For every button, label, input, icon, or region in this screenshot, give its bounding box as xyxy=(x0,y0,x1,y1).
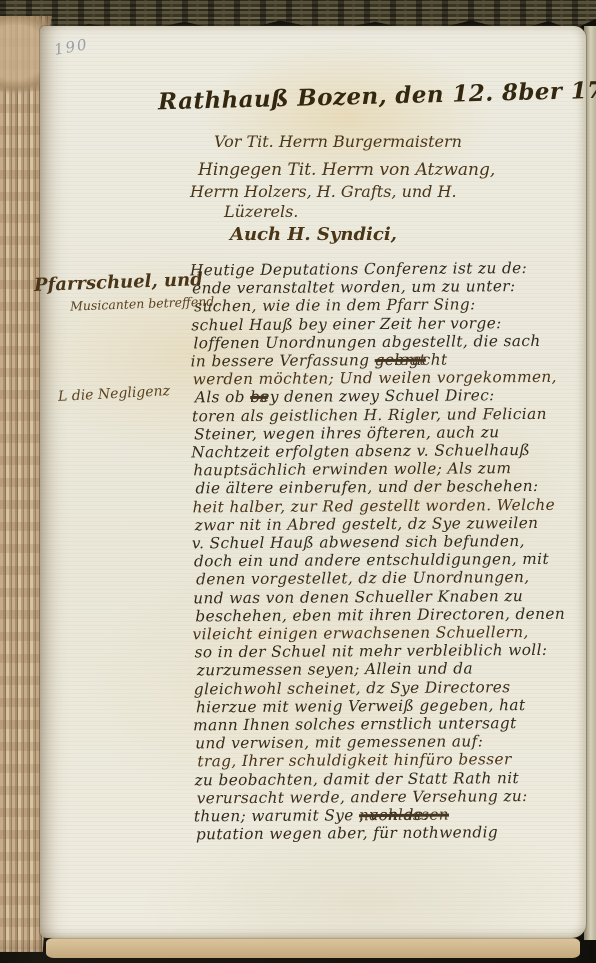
margin-note-subject: Pfarrschuel, und xyxy=(34,269,203,296)
manuscript-page: 190 Rathhauß Bozen, den 12. 8ber 1754. V… xyxy=(40,26,586,938)
page-heading-dateline: Rathhauß Bozen, den 12. 8ber 1754. xyxy=(158,76,596,116)
attendee-line: Hingegen Tit. Herrn von Atzwang, xyxy=(198,160,495,180)
attendee-line: Auch H. Syndici, xyxy=(230,224,397,245)
manuscript-scan: 190 Rathhauß Bozen, den 12. 8ber 1754. V… xyxy=(0,0,596,963)
margin-note-negligence: L die Negligenz xyxy=(58,383,171,405)
attendee-line: Vor Tit. Herrn Burgermaistern xyxy=(214,132,462,151)
folio-number-pencil: 190 xyxy=(53,35,90,59)
manuscript-line: putation wegen aber, für nothwendig xyxy=(196,823,582,844)
attendee-line: Lüzerels. xyxy=(224,202,298,221)
underlying-page-edge-bottom xyxy=(46,938,580,958)
attendee-line: Herrn Holzers, H. Grafts, und H. xyxy=(190,182,457,201)
manuscript-body: Heutige Deputations Conferenz ist zu de:… xyxy=(192,259,582,862)
